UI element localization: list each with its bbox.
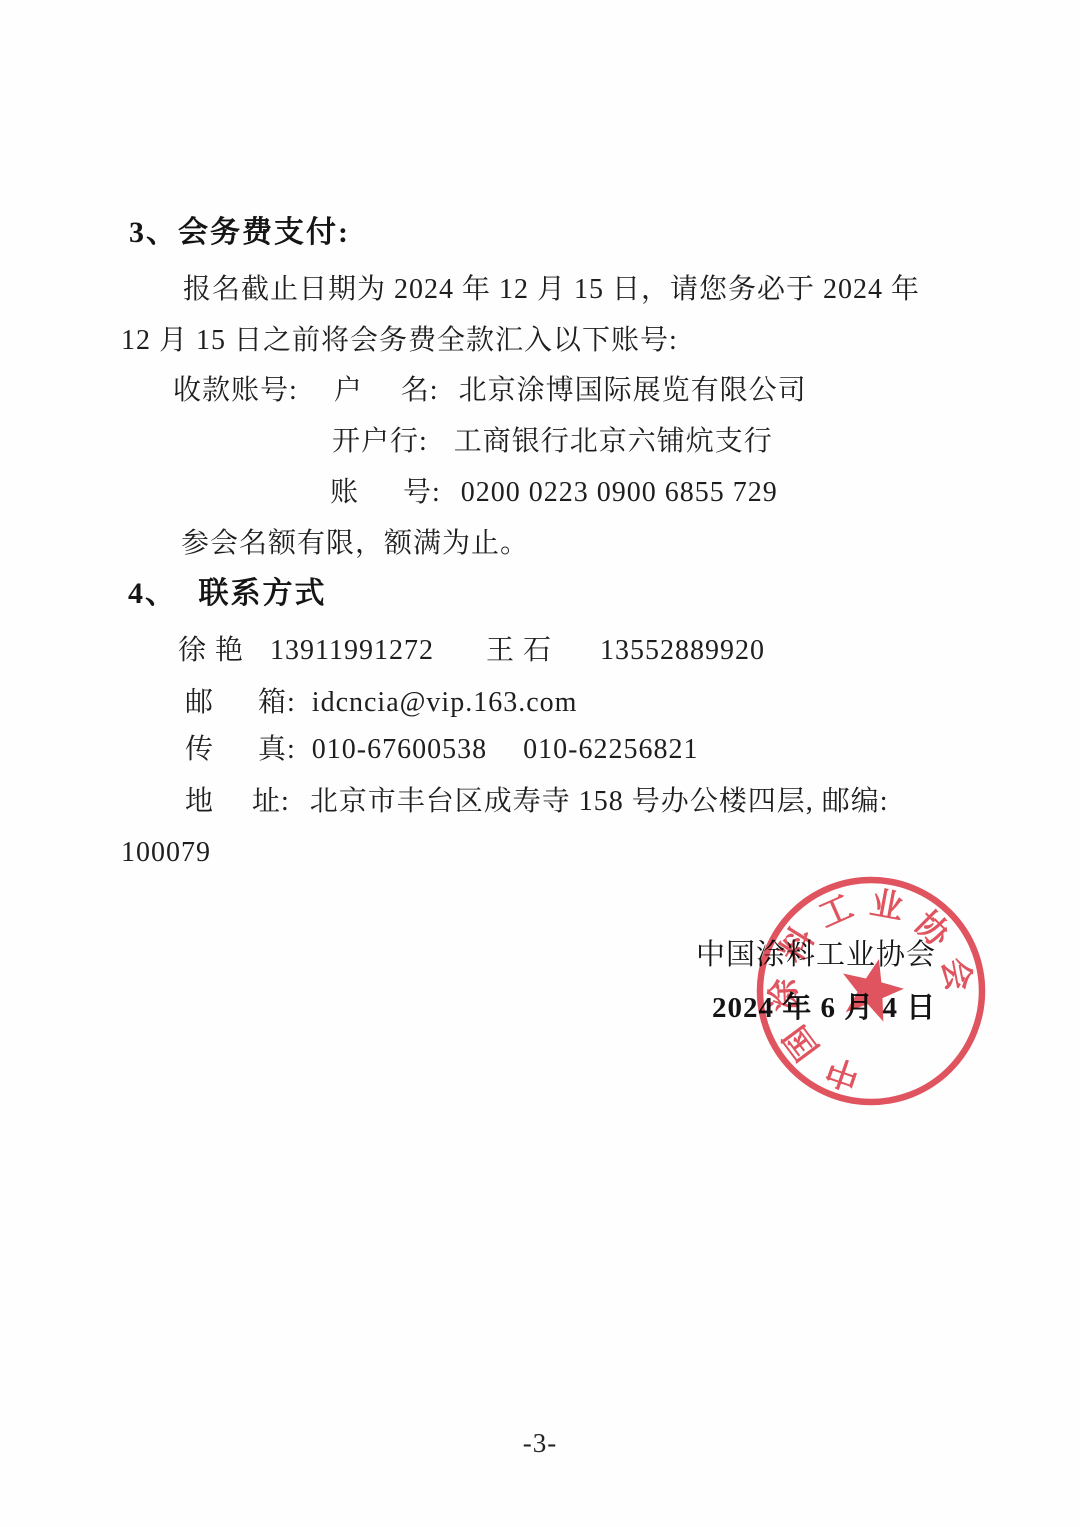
quota-note: 参会名额有限，额满为止。 xyxy=(181,527,529,561)
signature-organization: 中国涂料工业协会 xyxy=(696,932,936,973)
section-payment-heading: 3、会务费支付: xyxy=(129,216,350,250)
account-name-label-part1: 户 xyxy=(334,374,363,408)
address-row: 地 址: 北京市丰台区成寿寺 158 号办公楼四层, 邮编: xyxy=(185,785,889,819)
account-name-value: 北京涂博国际展览有限公司 xyxy=(459,374,807,408)
svg-text:业: 业 xyxy=(867,886,906,927)
svg-text:会: 会 xyxy=(935,955,978,994)
fax-label-part2: 真: xyxy=(258,733,296,767)
svg-text:工: 工 xyxy=(814,889,859,935)
section-contact-heading-number: 4、 xyxy=(128,577,177,610)
fax-number2: 010-62256821 xyxy=(523,733,698,767)
email-label-part1: 邮 xyxy=(185,687,214,718)
email-value: idcncia@vip.163.com xyxy=(312,686,578,720)
account-number-row: 账 号: 0200 0223 0900 6855 729 xyxy=(330,476,778,510)
account-no-value: 0200 0223 0900 6855 729 xyxy=(461,476,778,510)
email-label-part2: 箱: xyxy=(258,686,296,720)
payment-deadline-line1: 报名截止日期为 2024 年 12 月 15 日，请您务必于 2024 年 xyxy=(183,273,920,307)
bank-row: 开户行: 工商银行北京六铺炕支行 xyxy=(332,425,773,459)
document-page: 3、会务费支付: 报名截止日期为 2024 年 12 月 15 日，请您务必于 … xyxy=(0,0,1080,1527)
contact-persons-row: 徐 艳 13911991272 王 石 13552889920 xyxy=(178,634,765,668)
contact1-phone: 13911991272 xyxy=(270,634,434,668)
page-number: -3- xyxy=(0,1428,1080,1459)
postal-code: 100079 xyxy=(121,836,211,870)
account-no-label-part2: 号: xyxy=(403,476,441,510)
payment-deadline-line2: 12 月 15 日之前将会务费全款汇入以下账号: xyxy=(121,324,678,358)
address-label-part2: 址: xyxy=(252,785,290,819)
section-contact-heading-label: 联系方式 xyxy=(199,577,327,611)
signature-date: 2024 年 6 月 4 日 xyxy=(712,985,936,1026)
email-row: 邮 箱: idcncia@vip.163.com xyxy=(185,686,577,720)
account-label: 收款账号: xyxy=(173,375,298,406)
account-name-label-part2: 名: xyxy=(401,374,439,408)
svg-text:中: 中 xyxy=(821,1050,864,1096)
contact2-phone: 13552889920 xyxy=(600,634,765,668)
bank-name-value: 工商银行北京六铺炕支行 xyxy=(454,425,773,459)
address-value: 北京市丰台区成寿寺 158 号办公楼四层, 邮编: xyxy=(310,785,889,819)
fax-number1: 010-67600538 xyxy=(312,733,487,767)
contact2-name: 王 石 xyxy=(486,634,552,668)
account-name-row: 收款账号: 户 名: 北京涂博国际展览有限公司 xyxy=(173,374,807,408)
bank-label: 开户行: xyxy=(332,426,428,457)
fax-label-part1: 传 xyxy=(185,734,214,765)
contact1-name: 徐 艳 xyxy=(178,635,244,666)
fax-row: 传 真: 010-67600538 010-62256821 xyxy=(185,733,698,767)
account-no-label-part1: 账 xyxy=(330,477,359,508)
section-contact-heading: 4、 联系方式 xyxy=(128,577,327,611)
address-label-part1: 地 xyxy=(185,786,214,817)
